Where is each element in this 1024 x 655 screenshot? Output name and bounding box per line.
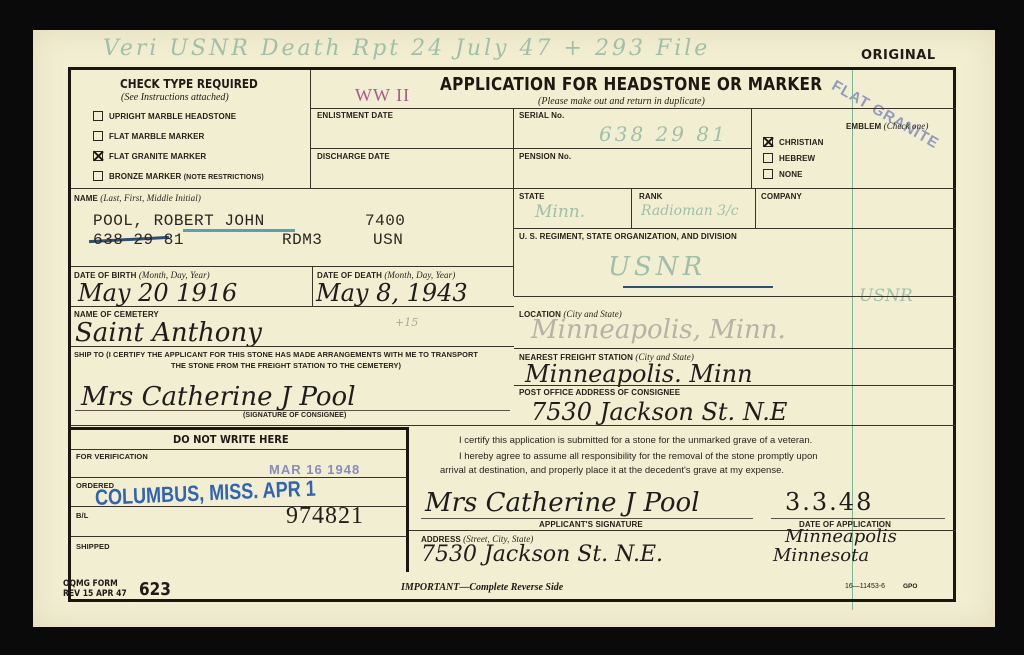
- consignee-signature-caption: (SIGNATURE OF CONSIGNEE): [243, 412, 346, 419]
- option-flat-marble-label: FLAT MARBLE MARKER: [109, 132, 204, 141]
- option-bronze-label: BRONZE MARKER (NOTE RESTRICTIONS): [109, 172, 264, 181]
- footer-note: IMPORTANT—Complete Reverse Side: [401, 582, 563, 593]
- ww2-stamp: WW II: [355, 85, 410, 106]
- form-subtitle: (Please make out and return in duplicate…: [538, 96, 705, 107]
- check-type-heading: CHECK TYPE REQUIRED: [120, 77, 258, 91]
- state-value: Minn.: [535, 202, 585, 222]
- shipped-label: SHIPPED: [76, 542, 110, 551]
- serial-no-value: 638 29 81: [599, 122, 728, 146]
- top-pencil-note: Veri USNR Death Rpt 24 July 47 + 293 Fil…: [103, 36, 710, 61]
- checkbox-flat-granite[interactable]: [93, 151, 103, 161]
- name-rank: RDM3: [282, 231, 322, 249]
- emblem-christian-label: CHRISTIAN: [779, 138, 823, 147]
- emblem-hebrew-label: HEBREW: [779, 154, 815, 163]
- name-branch: USN: [373, 231, 403, 249]
- verification-label: FOR VERIFICATION: [76, 452, 148, 461]
- checkbox-upright-marble[interactable]: [93, 111, 103, 121]
- address-value: 7530 Jackson St. N.E.: [421, 542, 663, 567]
- bl-label: B/L: [76, 511, 88, 520]
- option-flat-granite-label: FLAT GRANITE MARKER: [109, 152, 206, 161]
- pension-no-label: PENSION No.: [519, 152, 571, 161]
- freight-station-value: Minneapolis. Minn: [525, 360, 753, 388]
- checkbox-none[interactable]: [763, 169, 773, 179]
- state-label: STATE: [519, 192, 545, 201]
- certification-line3: arrival at destination, and properly pla…: [440, 465, 784, 476]
- bl-number: 974821: [286, 503, 364, 530]
- consignee-address-value: 7530 Jackson St. N.E: [531, 398, 787, 426]
- option-upright-marble-label: UPRIGHT MARBLE HEADSTONE: [109, 112, 236, 121]
- ship-to-label: SHIP TO (I CERTIFY THE APPLICANT FOR THI…: [74, 350, 478, 359]
- name-code: 7400: [365, 212, 405, 230]
- office-use-heading: DO NOT WRITE HERE: [173, 433, 289, 446]
- emblem-label: EMBLEM (Check one): [846, 121, 928, 131]
- dob-value: May 20 1916: [78, 279, 237, 307]
- discharge-date-label: DISCHARGE DATE: [317, 152, 390, 161]
- applicant-signature-caption: APPLICANT'S SIGNATURE: [539, 520, 643, 529]
- date-of-application-value: 3.3.48: [785, 488, 873, 516]
- serial-no-label: SERIAL No.: [519, 111, 564, 120]
- cemetery-value: Saint Anthony: [75, 318, 262, 348]
- form-number-label: OQMG FORM REV 15 APR 47: [63, 579, 127, 599]
- location-value: Minneapolis, Minn.: [531, 315, 786, 345]
- certification-line1: I certify this application is submitted …: [459, 435, 812, 446]
- check-type-subheading: (See Instructions attached): [121, 92, 229, 103]
- copy-label: ORIGINAL: [861, 48, 936, 63]
- emblem-none-label: NONE: [779, 170, 803, 179]
- regiment-value: USNR: [608, 252, 706, 282]
- rank-label: RANK: [639, 192, 663, 201]
- name-value: POOL, ROBERT JOHN: [93, 212, 265, 230]
- checkbox-flat-marble[interactable]: [93, 131, 103, 141]
- ship-to-label-line2: THE STONE FROM THE FREIGHT STATION TO TH…: [171, 361, 401, 370]
- cemetery-pencil-note: +15: [395, 316, 418, 329]
- checkbox-hebrew[interactable]: [763, 153, 773, 163]
- checkbox-bronze[interactable]: [93, 171, 103, 181]
- print-code: 16—11453-6: [845, 583, 885, 590]
- checkbox-christian[interactable]: [763, 137, 773, 147]
- rank-value: Radioman 3/c: [641, 203, 739, 219]
- company-label: COMPANY: [761, 192, 802, 201]
- address-state: Minnesota: [773, 545, 869, 566]
- enlistment-date-label: ENLISTMENT DATE: [317, 111, 393, 120]
- form-title: APPLICATION FOR HEADSTONE OR MARKER: [440, 74, 822, 95]
- certification-line2: I hereby agree to assume all responsibil…: [459, 451, 818, 462]
- ship-to-value: Mrs Catherine J Pool: [81, 382, 356, 412]
- headstone-application-card: Veri USNR Death Rpt 24 July 47 + 293 Fil…: [33, 30, 995, 627]
- ink-underline: [623, 286, 773, 288]
- address-city: Minneapolis: [785, 526, 897, 547]
- consignee-address-label: POST OFFICE ADDRESS OF CONSIGNEE: [519, 388, 680, 397]
- printer-code: GPO: [903, 583, 917, 590]
- regiment-label: U. S. REGIMENT, STATE ORGANIZATION, AND …: [519, 232, 737, 241]
- form-number: 623: [139, 579, 171, 600]
- ink-underline: [183, 229, 295, 232]
- name-label: NAME (Last, First, Middle Initial): [74, 193, 201, 203]
- dod-value: May 8, 1943: [316, 279, 468, 307]
- name-serial: 638 29 81: [93, 231, 184, 249]
- applicant-signature: Mrs Catherine J Pool: [425, 488, 700, 518]
